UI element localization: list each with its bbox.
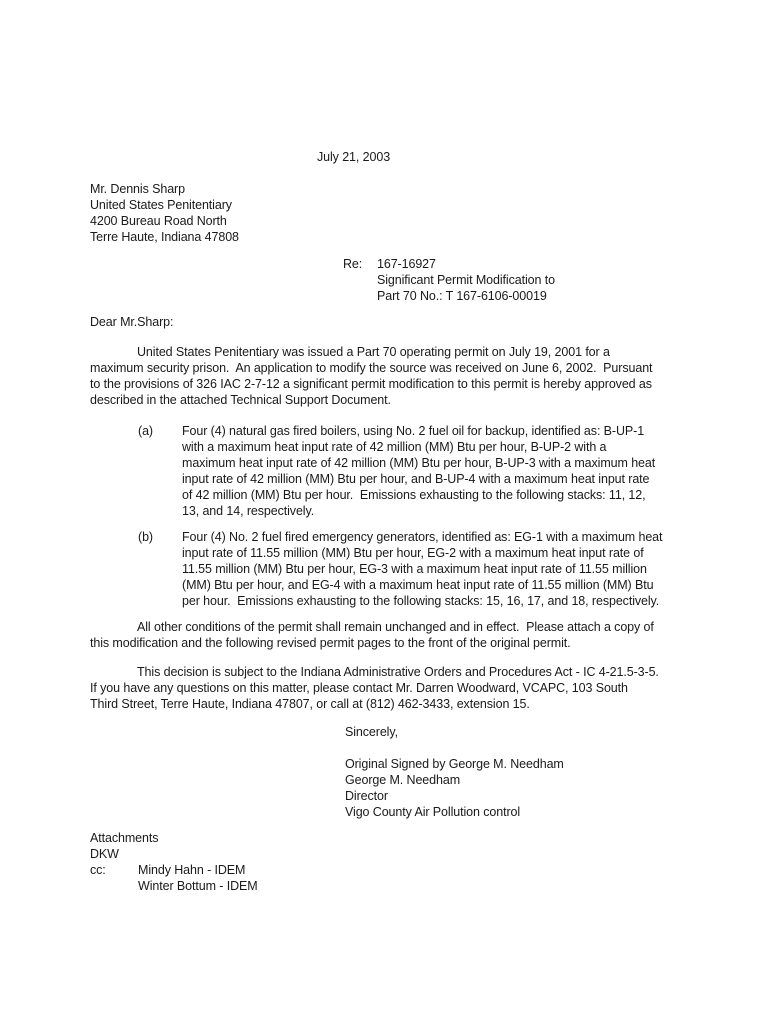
letter-date: July 21, 2003 [317, 149, 390, 165]
reference-label: Re: [343, 256, 377, 304]
salutation: Dear Mr.Sharp: [90, 314, 173, 330]
letter-page: July 21, 2003 Mr. Dennis Sharp United St… [0, 0, 770, 1024]
paragraph-contact: This decision is subject to the Indiana … [90, 664, 659, 712]
attachments-note: Attachments [90, 830, 258, 846]
list-item-b-text: Four (4) No. 2 fuel fired emergency gene… [182, 529, 662, 609]
cc-names: Mindy Hahn - IDEM Winter Bottum - IDEM [138, 862, 258, 894]
letter-footer: Attachments DKW cc: Mindy Hahn - IDEM Wi… [90, 830, 258, 894]
reference-lines: 167-16927 Significant Permit Modificatio… [377, 256, 555, 304]
paragraph-conditions: All other conditions of the permit shall… [90, 619, 654, 651]
paragraph-opening: United States Penitentiary was issued a … [90, 344, 652, 408]
signature-block: Original Signed by George M. Needham Geo… [345, 756, 564, 820]
list-item-a: (a) Four (4) natural gas fired boilers, … [138, 423, 655, 519]
list-item-b: (b) Four (4) No. 2 fuel fired emergency … [138, 529, 662, 609]
cc-label: cc: [90, 862, 138, 894]
recipient-address: Mr. Dennis Sharp United States Penitenti… [90, 181, 239, 245]
list-item-a-text: Four (4) natural gas fired boilers, usin… [182, 423, 655, 519]
cc-row: cc: Mindy Hahn - IDEM Winter Bottum - ID… [90, 862, 258, 894]
closing-sincerely: Sincerely, [345, 724, 398, 740]
list-item-a-label: (a) [138, 423, 182, 519]
reference-block: Re: 167-16927 Significant Permit Modific… [343, 256, 555, 304]
preparer-initials: DKW [90, 846, 258, 862]
list-item-b-label: (b) [138, 529, 182, 609]
